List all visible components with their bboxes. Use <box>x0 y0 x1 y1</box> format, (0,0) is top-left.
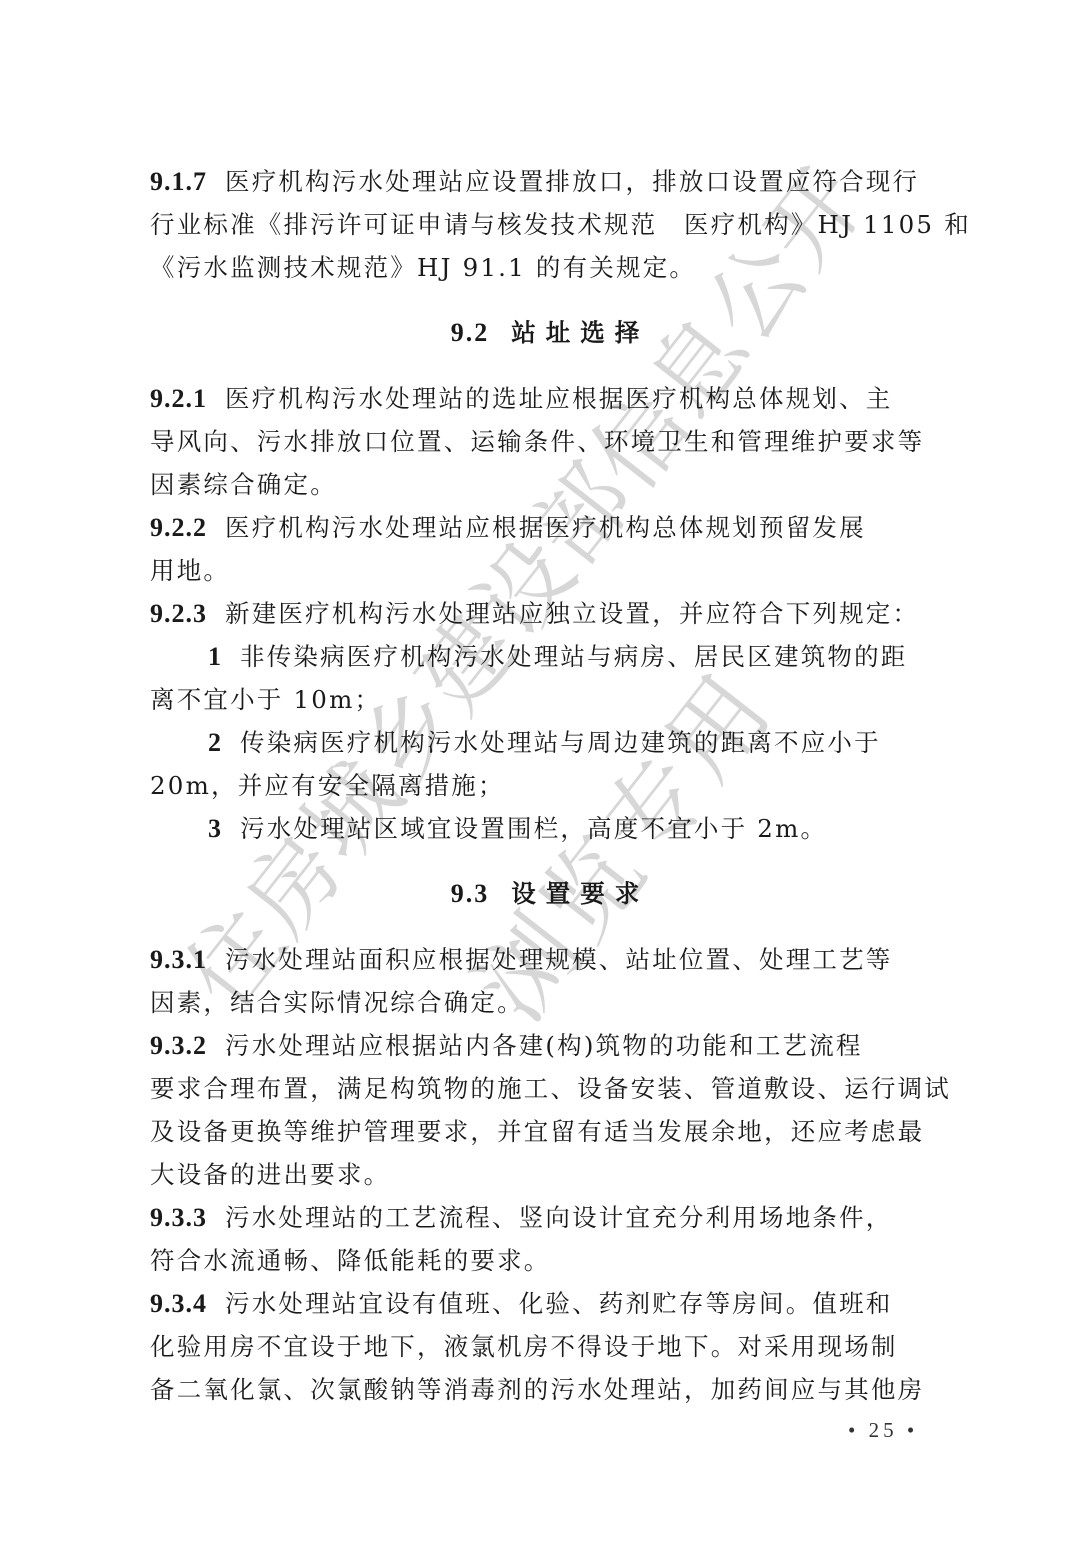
list-item-1-line-2: 离不宜小于 10m； <box>150 678 950 721</box>
item-number: 3 <box>208 814 222 843</box>
clause-number: 9.3.3 <box>150 1203 207 1232</box>
clause-9-3-2-line-2: 要求合理布置，满足构筑物的施工、设备安装、管道敷设、运行调试 <box>150 1067 950 1110</box>
clause-text: 污水处理站宜设有值班、化验、药剂贮存等房间。值班和 <box>225 1289 893 1318</box>
clause-9-3-4-line-2: 化验用房不宜设于地下，液氯机房不得设于地下。对采用现场制 <box>150 1325 950 1368</box>
clause-9-3-2-line-4: 大设备的进出要求。 <box>150 1153 950 1196</box>
clause-text: 污水处理站面积应根据处理规模、站址位置、处理工艺等 <box>225 945 893 974</box>
clause-text: 医疗机构污水处理站应设置排放口，排放口设置应符合现行 <box>225 167 919 196</box>
clause-9-3-2-line-3: 及设备更换等维护管理要求，并宜留有适当发展余地，还应考虑最 <box>150 1110 950 1153</box>
clause-9-1-7-line-3: 《污水监测技术规范》HJ 91.1 的有关规定。 <box>150 246 950 289</box>
clause-9-2-1-line-1: 9.2.1医疗机构污水处理站的选址应根据医疗机构总体规划、主 <box>150 377 950 420</box>
clause-9-2-2-line-1: 9.2.2医疗机构污水处理站应根据医疗机构总体规划预留发展 <box>150 506 950 549</box>
clause-text: 污水处理站的工艺流程、竖向设计宜充分利用场地条件， <box>225 1203 893 1232</box>
clause-number: 9.3.1 <box>150 945 207 974</box>
section-heading-9-3: 9.3设置要求 <box>150 850 950 938</box>
clause-9-3-4-line-1: 9.3.4污水处理站宜设有值班、化验、药剂贮存等房间。值班和 <box>150 1282 950 1325</box>
clause-9-2-1-line-2: 导风向、污水排放口位置、运输条件、环境卫生和管理维护要求等 <box>150 420 950 463</box>
clause-9-1-7-line-1: 9.1.7医疗机构污水处理站应设置排放口，排放口设置应符合现行 <box>150 160 950 203</box>
heading-number: 9.2 <box>451 318 490 347</box>
clause-9-3-2-line-1: 9.3.2污水处理站应根据站内各建(构)筑物的功能和工艺流程 <box>150 1024 950 1067</box>
list-item-2-line-2: 20m，并应有安全隔离措施； <box>150 764 950 807</box>
clause-number: 9.3.4 <box>150 1289 207 1318</box>
clause-number: 9.2.2 <box>150 513 207 542</box>
list-item-3-line-1: 3污水处理站区域宜设置围栏，高度不宜小于 2m。 <box>150 807 950 850</box>
heading-title: 设置要求 <box>511 879 649 908</box>
clause-9-1-7-line-2: 行业标准《排污许可证申请与核发技术规范 医疗机构》HJ 1105 和 <box>150 203 950 246</box>
item-number: 1 <box>208 642 222 671</box>
item-text: 污水处理站区域宜设置围栏，高度不宜小于 2m。 <box>240 814 827 843</box>
list-item-2-line-1: 2传染病医疗机构污水处理站与周边建筑的距离不应小于 <box>150 721 950 764</box>
heading-title: 站址选择 <box>511 318 649 347</box>
list-item-1-line-1: 1非传染病医疗机构污水处理站与病房、居民区建筑物的距 <box>150 635 950 678</box>
clause-text: 新建医疗机构污水处理站应独立设置，并应符合下列规定： <box>225 599 919 628</box>
clause-9-2-2-line-2: 用地。 <box>150 549 950 592</box>
section-heading-9-2: 9.2站址选择 <box>150 289 950 377</box>
clause-9-3-1-line-2: 因素，结合实际情况综合确定。 <box>150 981 950 1024</box>
clause-text: 医疗机构污水处理站应根据医疗机构总体规划预留发展 <box>225 513 866 542</box>
item-number: 2 <box>208 728 222 757</box>
clause-text: 污水处理站应根据站内各建(构)筑物的功能和工艺流程 <box>225 1031 863 1060</box>
clause-number: 9.2.3 <box>150 599 207 628</box>
clause-9-2-3-line-1: 9.2.3新建医疗机构污水处理站应独立设置，并应符合下列规定： <box>150 592 950 635</box>
heading-number: 9.3 <box>451 879 490 908</box>
page-number: • 25 • <box>848 1418 918 1443</box>
document-page: 9.1.7医疗机构污水处理站应设置排放口，排放口设置应符合现行 行业标准《排污许… <box>150 160 950 1411</box>
clause-number: 9.3.2 <box>150 1031 207 1060</box>
clause-text: 医疗机构污水处理站的选址应根据医疗机构总体规划、主 <box>225 384 893 413</box>
item-text: 传染病医疗机构污水处理站与周边建筑的距离不应小于 <box>240 728 881 757</box>
clause-9-3-4-line-3: 备二氧化氯、次氯酸钠等消毒剂的污水处理站，加药间应与其他房 <box>150 1368 950 1411</box>
clause-9-3-3-line-1: 9.3.3污水处理站的工艺流程、竖向设计宜充分利用场地条件， <box>150 1196 950 1239</box>
clause-number: 9.2.1 <box>150 384 207 413</box>
clause-9-3-3-line-2: 符合水流通畅、降低能耗的要求。 <box>150 1239 950 1282</box>
clause-9-2-1-line-3: 因素综合确定。 <box>150 463 950 506</box>
clause-number: 9.1.7 <box>150 167 207 196</box>
item-text: 非传染病医疗机构污水处理站与病房、居民区建筑物的距 <box>240 642 908 671</box>
clause-9-3-1-line-1: 9.3.1污水处理站面积应根据处理规模、站址位置、处理工艺等 <box>150 938 950 981</box>
